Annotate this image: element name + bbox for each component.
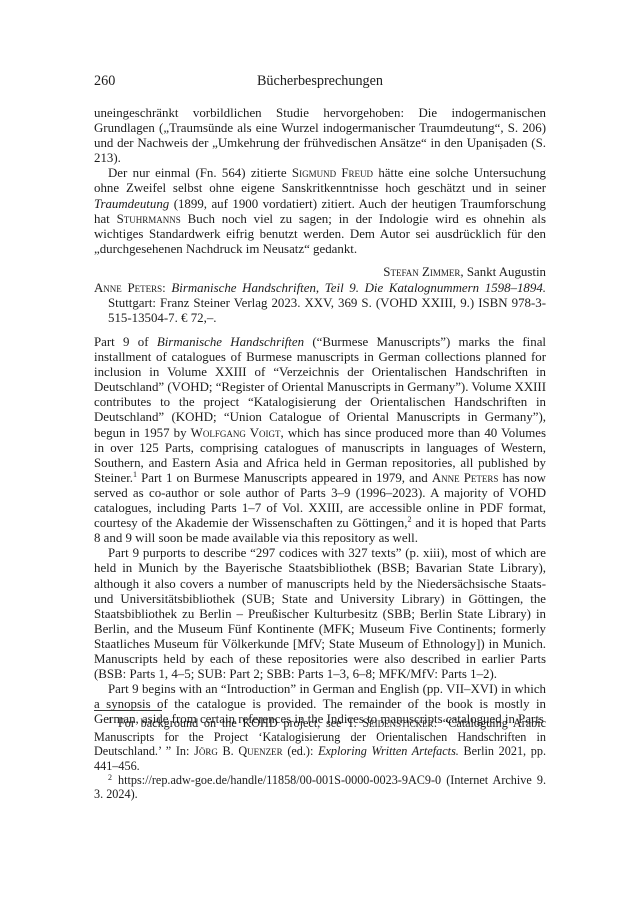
book-title: Traumdeutung (94, 197, 169, 211)
running-header: 260 Bücherbesprechungen (94, 73, 546, 91)
footnote-divider (94, 710, 162, 711)
person-name: Wolfgang Voigt (191, 426, 281, 440)
book-title: Birmanische Handschriften, Teil 9. Die K… (171, 281, 546, 295)
book-author: Anne Peters (94, 281, 162, 295)
citation: Anne Peters: Birmanische Handschriften, … (94, 281, 546, 326)
bibliographic-entry: Anne Peters: Birmanische Handschriften, … (94, 281, 546, 326)
person-name: Anne Peters (432, 471, 499, 485)
publication-details: Stuttgart: Franz Steiner Verlag 2023. XX… (108, 296, 546, 325)
footnote: 2https://rep.adw-goe.de/handle/11858/00-… (94, 773, 546, 801)
paragraph: Part 9 of Birmanische Handschriften (“Bu… (94, 335, 546, 546)
book-title: Exploring Written Artefacts. (318, 744, 459, 758)
running-title: Bücherbesprechungen (94, 73, 546, 90)
paragraph: uneingeschränkt vorbildlichen Studie her… (94, 106, 546, 166)
footnotes: 1For background on the KOHD project, see… (94, 716, 546, 801)
author-name: Sigmund Freud (292, 166, 373, 180)
footnote-number: 2 (108, 773, 112, 782)
footnote: 1For background on the KOHD project, see… (94, 716, 546, 773)
reviewer-signature: Stefan Zimmer, Sankt Augustin (94, 265, 546, 280)
person-name: Seidensticker (362, 716, 433, 730)
reviewer-place: , Sankt Augustin (460, 265, 546, 279)
review-body: Part 9 of Birmanische Handschriften (“Bu… (94, 335, 546, 727)
footnote-number: 1 (108, 716, 112, 725)
book-title: Birmanische Handschriften (157, 335, 304, 349)
paragraph: Part 9 purports to describe “297 codices… (94, 546, 546, 682)
reviewer-name: Stefan Zimmer (383, 265, 460, 279)
person-name: Jörg B. Quenzer (194, 744, 283, 758)
author-name: Stuhrmanns (117, 212, 181, 226)
previous-review-ending: uneingeschränkt vorbildlichen Studie her… (94, 106, 546, 280)
footnote-url[interactable]: https://rep.adw-goe.de/handle/11858/00-0… (94, 773, 546, 801)
paragraph: Der nur einmal (Fn. 564) zitierte Sigmun… (94, 166, 546, 257)
